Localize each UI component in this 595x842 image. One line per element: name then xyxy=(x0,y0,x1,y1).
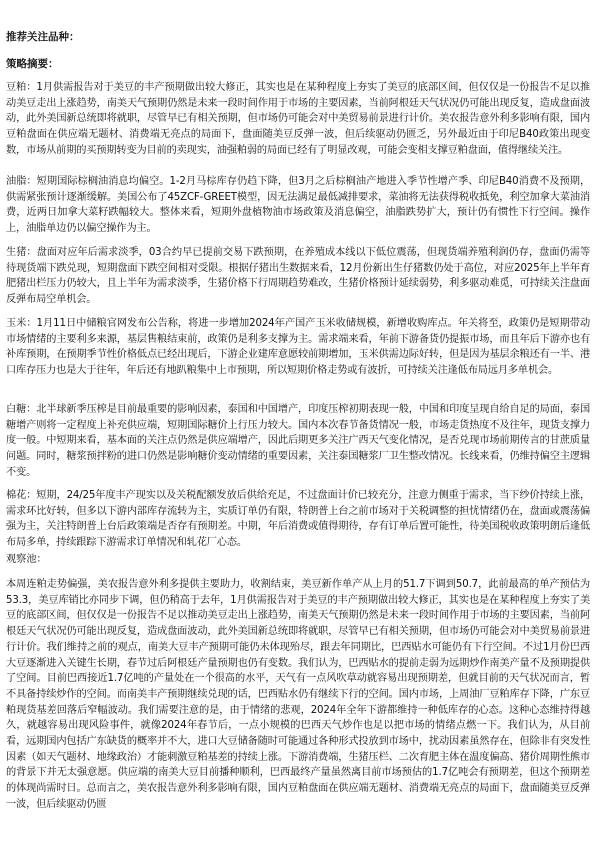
paragraph-hogs: 生猪：盘面对应年后需求淡季，03合约早已提前交易下跌预期，在养殖成本线以下低位震… xyxy=(6,245,590,308)
paragraph-corn: 玉米：1月11日中储粮官网发布公告称，将进一步增加2024年产国产玉米收储规模，… xyxy=(6,316,590,379)
paragraph-sugar: 白糖：北半球新季压榨是目前最重要的影响因素，泰国和中国增产，印度压榨初期表现一般… xyxy=(6,402,590,481)
heading-strategy-summary: 策略摘要： xyxy=(6,57,59,71)
heading-watchlist: 观察池： xyxy=(6,552,47,567)
paragraph-oils: 油脂：短期国际棕榈油消息均偏空。1-2月马棕库存仍趋下降，但3月之后棕榈油产地进… xyxy=(6,174,590,237)
paragraph-cotton: 棉花：短期，24/25年度丰产现实以及关税配额发放后供给充足，不过盘面计价已较充… xyxy=(6,488,590,551)
paragraph-watchlist: 本周连粕走势偏强，美农报告意外利多提供主要助力，收割结束，美豆新作单产从上月的5… xyxy=(6,577,590,813)
paragraph-soymeal: 豆粕：1月供需报告对于美豆的丰产预期做出较大修正，其实也是在某种程度上夯实了美豆… xyxy=(6,80,590,159)
heading-recommended-varieties: 推荐关注品种： xyxy=(6,30,80,44)
